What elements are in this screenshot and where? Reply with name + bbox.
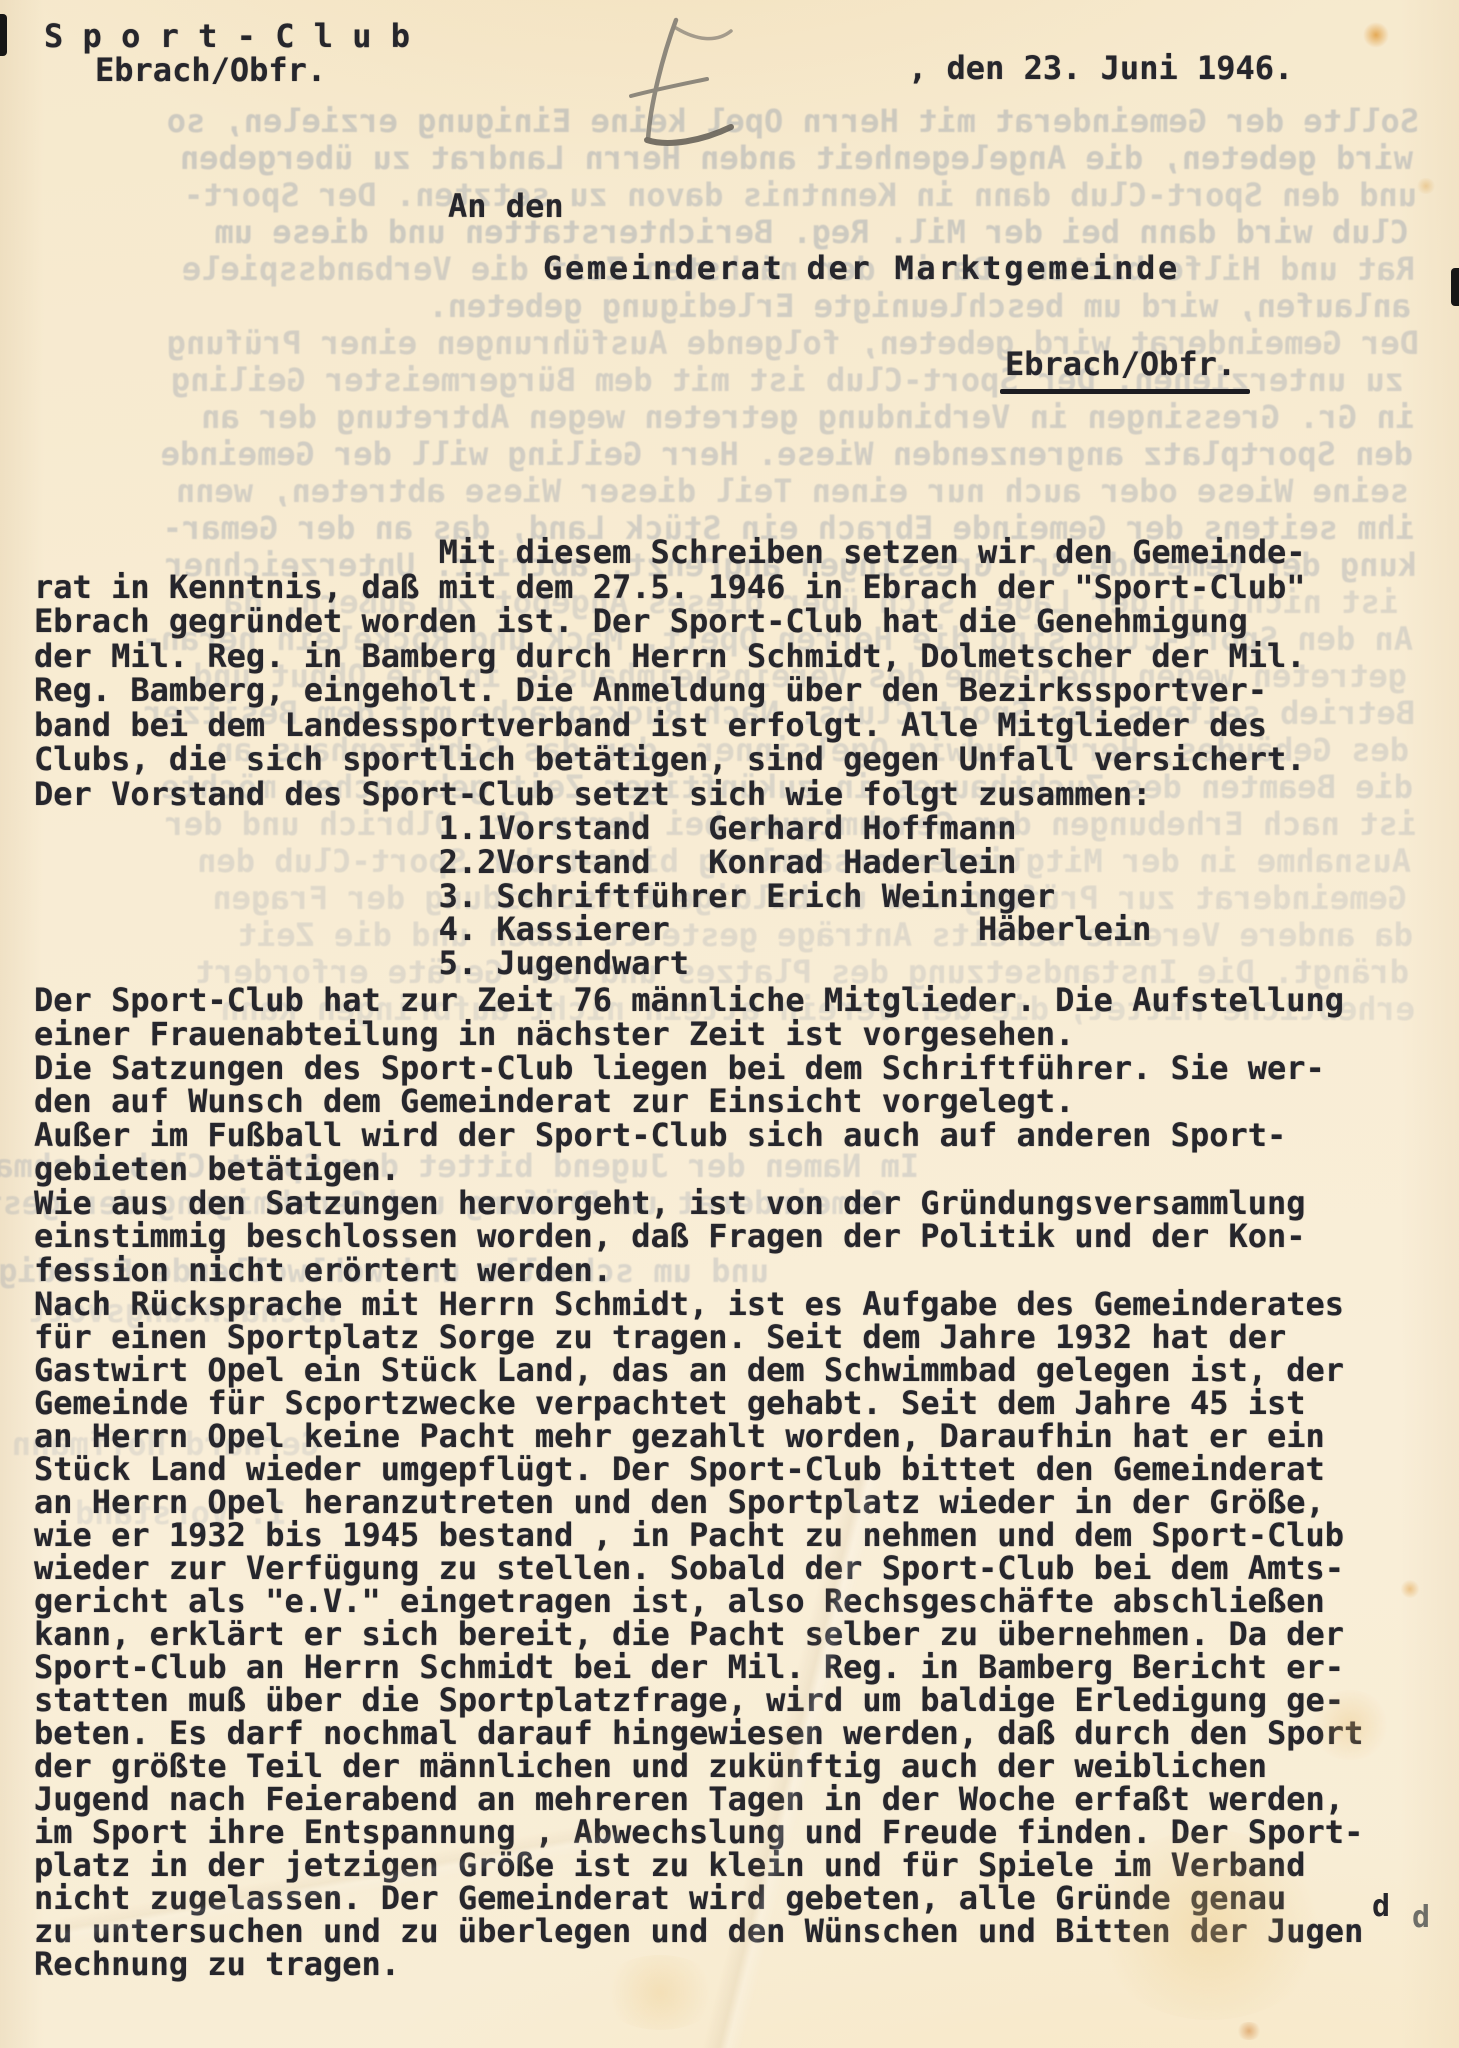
paper-stain: [1363, 22, 1389, 48]
body-line: Mit diesem Schreiben setzen wir den Geme…: [34, 536, 1306, 568]
edge-letter-d: d: [1412, 1903, 1430, 1933]
bleed-through-line: den Sportplatz angrenzenden Wiese. Herr …: [161, 438, 1413, 470]
bleed-through-line: in Gr. Gressingen in Verbindung getreten…: [201, 401, 1415, 433]
body-line: 1.1Vorstand Gerhard Hoffmann: [34, 812, 1017, 844]
body-line: einer Frauenabteilung in nächster Zeit i…: [34, 1018, 1074, 1050]
body-line: Der Sport-Club hat zur Zeit 76 männliche…: [34, 984, 1344, 1016]
paper-stain: [1400, 1580, 1420, 1598]
recipient-salutation: An den: [448, 190, 564, 222]
body-line: Sport-Club an Herrn Schmidt bei der Mil.…: [34, 1651, 1344, 1683]
bleed-through-line: und den Sport-Club dann in Kenntnis davo…: [184, 179, 1417, 211]
paper-stain: [600, 1955, 720, 2030]
body-line: rat in Kenntnis, daß mit dem 27.5. 1946 …: [34, 571, 1306, 603]
body-line: 3. Schriftführer Erich Weininger: [34, 880, 1055, 912]
body-line: zu untersuchen und zu überlegen und den …: [34, 1915, 1363, 1947]
body-line: Clubs, die sich sportlich betätigen, sin…: [34, 743, 1306, 775]
recipient-name: Gemeinderat der Marktgemeinde: [543, 252, 1180, 284]
bleed-through-line: Sollte der Gemeinderat mit Herrn Opel ke…: [167, 105, 1419, 137]
body-line: gebieten betätigen.: [34, 1153, 400, 1185]
body-line: Ebrach gegründet worden ist. Der Sport-C…: [34, 605, 1248, 637]
paper-stain: [1416, 178, 1436, 194]
body-line: Stück Land wieder umgepflügt. Der Sport-…: [34, 1453, 1325, 1485]
pencil-e-mark-icon: [610, 5, 750, 155]
body-line: der größte Teil der männlichen und zukün…: [34, 1750, 1267, 1782]
body-line: Wie aus den Satzungen hervorgeht, ist vo…: [34, 1187, 1306, 1219]
body-line: beten. Es darf nochmal darauf hingewiese…: [34, 1717, 1363, 1749]
body-line: der Mil. Reg. in Bamberg durch Herrn Sch…: [34, 640, 1306, 672]
body-line: fession nicht erörtert werden.: [34, 1254, 612, 1286]
body-line: Außer im Fußball wird der Sport-Club sic…: [34, 1119, 1286, 1151]
body-line: den auf Wunsch dem Gemeinderat zur Einsi…: [34, 1085, 1074, 1117]
raised-letter-d: d: [1372, 1892, 1390, 1922]
body-line: band bei dem Landessportverband ist erfo…: [34, 709, 1267, 741]
sender-place: Ebrach/Obfr.: [95, 54, 326, 86]
body-line: 5. Jugendwart: [34, 947, 689, 979]
body-line: an Herrn Opel keine Pacht mehr gezahlt w…: [34, 1420, 1325, 1452]
sender-name: S p o r t - C l u b: [44, 20, 410, 52]
body-line: platz in der jetzigen Größe ist zu klein…: [34, 1849, 1306, 1881]
recipient-place: Ebrach/Obfr.: [1005, 348, 1236, 380]
bleed-through-line: seine Wiese oder auch nur einen Teil die…: [176, 475, 1409, 507]
scan-edge-mark: [1451, 268, 1459, 306]
body-line: im Sport ihre Entspannung , Abwechslung …: [34, 1816, 1363, 1848]
body-line: einstimmig beschlossen worden, daß Frage…: [34, 1220, 1306, 1252]
body-line: Nach Rücksprache mit Herrn Schmidt, ist …: [34, 1288, 1344, 1320]
body-line: Gemeinde für Scportzwecke verpachtet geh…: [34, 1387, 1306, 1419]
body-line: gericht als "e.V." eingetragen ist, also…: [34, 1585, 1325, 1617]
body-line: wie er 1932 bis 1945 bestand , in Pacht …: [34, 1519, 1344, 1551]
paper-stain: [1236, 2022, 1262, 2040]
body-line: Reg. Bamberg, eingeholt. Die Anmeldung ü…: [34, 674, 1267, 706]
bleed-through-line: wird gebeten, die Angelegenheit anden He…: [180, 142, 1413, 174]
bleed-through-line: anlaufen, wird um beschleunigte Erledigu…: [428, 290, 1411, 322]
body-line: an Herrn Opel heranzutreten und den Spor…: [34, 1486, 1325, 1518]
body-line: Der Vorstand des Sport-Club setzt sich w…: [34, 778, 1151, 810]
body-line: nicht zugelassen. Der Gemeinderat wird g…: [34, 1882, 1286, 1914]
body-line: für einen Sportplatz Sorge zu tragen. Se…: [34, 1321, 1286, 1353]
scan-edge-mark: [0, 14, 7, 56]
body-line: statten muß über die Sportplatzfrage, wi…: [34, 1684, 1344, 1716]
body-line: 2.2Vorstand Konrad Haderlein: [34, 846, 1017, 878]
bleed-through-line: Club wird dann bei der Mil. Reg. Bericht…: [215, 216, 1409, 248]
body-line: kann, erklärt er sich bereit, die Pacht …: [34, 1618, 1344, 1650]
body-line: Rechnung zu tragen.: [34, 1948, 400, 1980]
body-line: Die Satzungen des Sport-Club liegen bei …: [34, 1052, 1325, 1084]
body-line: 4. Kassierer Häberlein: [34, 913, 1151, 945]
document-page: Sollte der Gemeinderat mit Herrn Opel ke…: [0, 0, 1459, 2048]
body-line: Jugend nach Feierabend an mehreren Tagen…: [34, 1783, 1344, 1815]
date-line: , den 23. Juni 1946.: [908, 52, 1293, 84]
body-line: wieder zur Verfügung zu stellen. Sobald …: [34, 1552, 1344, 1584]
recipient-underline: [1000, 389, 1250, 394]
body-line: Gastwirt Opel ein Stück Land, das an dem…: [34, 1354, 1344, 1386]
